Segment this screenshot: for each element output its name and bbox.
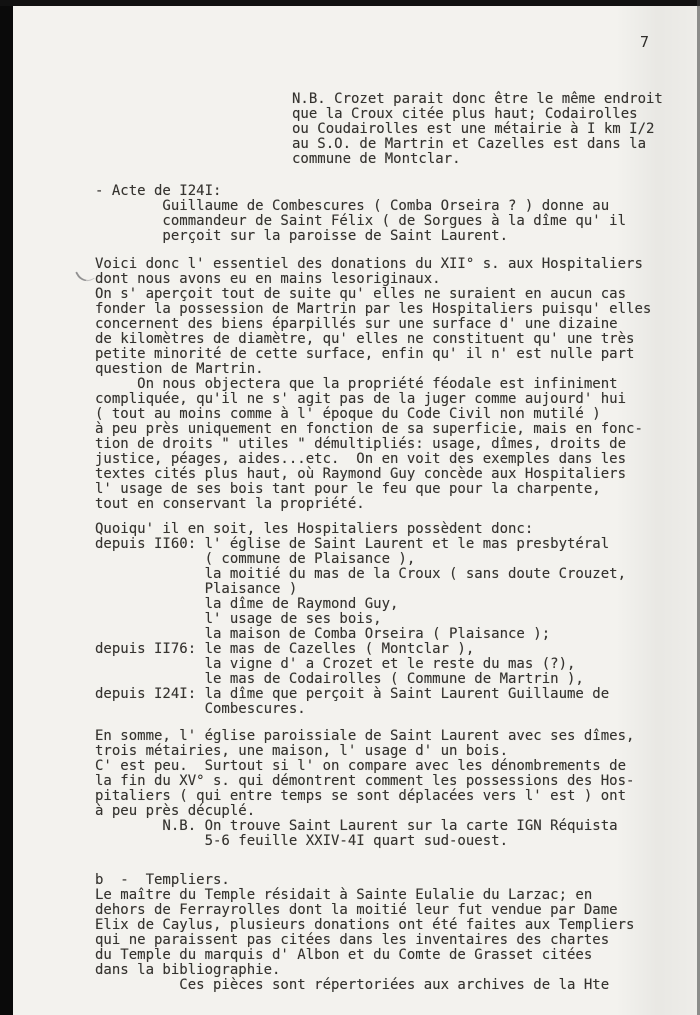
scanned-typewritten-page: 7 N.B. Crozet parait donc être le même e… — [0, 0, 700, 1015]
section-templiers: b - Templiers. Le maître du Temple résid… — [95, 873, 634, 993]
scan-edge-left — [0, 0, 13, 1015]
paragraph-acte-1241: - Acte de I24I: Guillaume de Combescures… — [95, 184, 626, 244]
page-number: 7 — [640, 33, 649, 51]
pen-mark — [75, 266, 95, 286]
paragraph-donations-summary: Voici donc l' essentiel des donations du… — [95, 257, 651, 512]
note-crozet-location: N.B. Crozet parait donc être le même end… — [292, 92, 663, 167]
scan-edge-top — [0, 0, 700, 6]
paragraph-en-somme: En somme, l' église paroissiale de Saint… — [95, 729, 634, 849]
list-hospitaliers-possessions: Quoiqu' il en soit, les Hospitaliers pos… — [95, 522, 626, 717]
